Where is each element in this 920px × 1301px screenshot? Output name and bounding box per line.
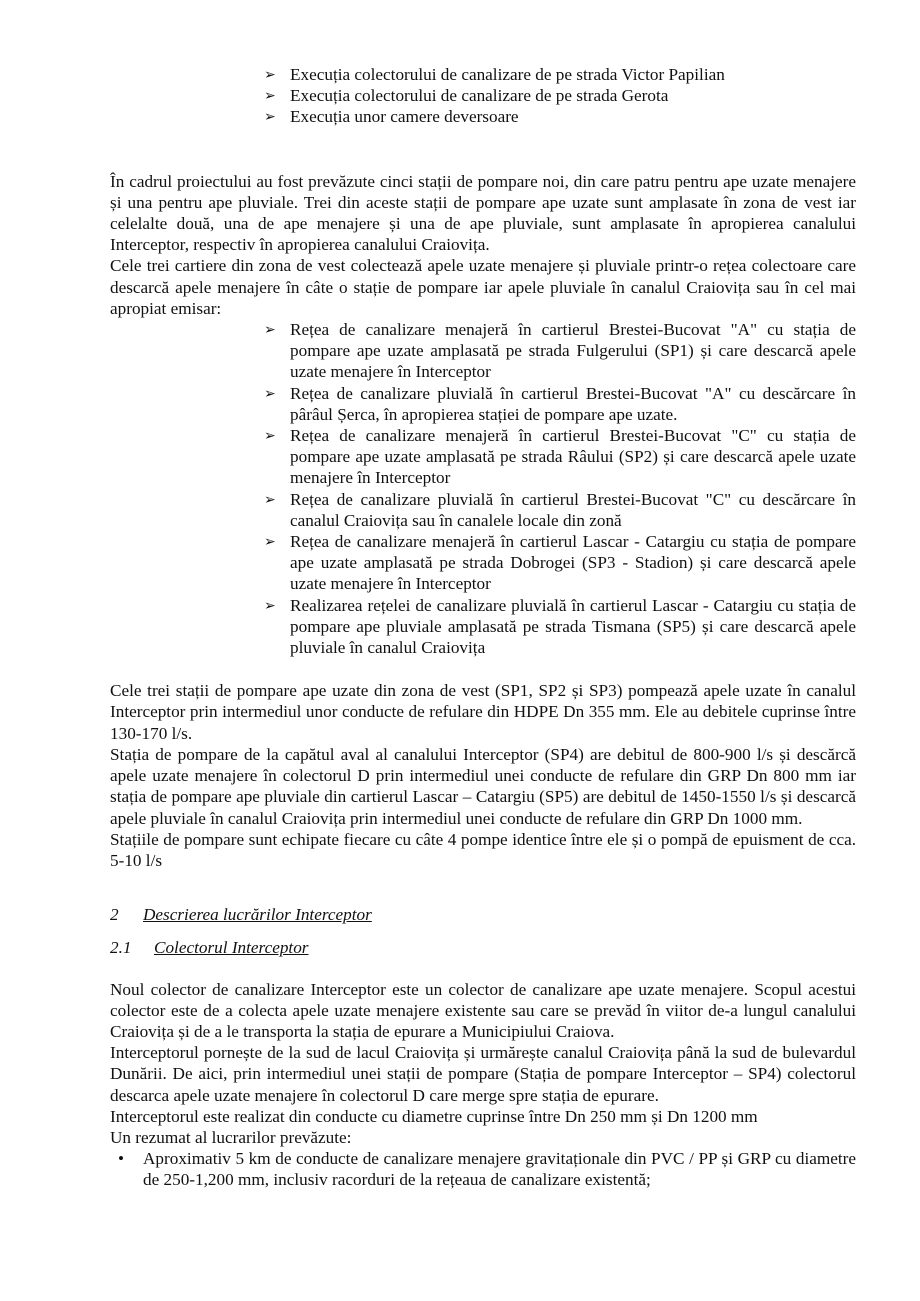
list-item: ➢Execuția unor camere deversoare: [110, 106, 856, 127]
dot-bullet-icon: •: [118, 1148, 124, 1169]
arrow-bullet-icon: ➢: [264, 86, 276, 107]
paragraph-sp4-sp5: Stația de pompare de la capătul aval al …: [110, 744, 856, 829]
list-item: ➢Realizarea rețelei de canalizare pluvia…: [110, 595, 856, 659]
arrow-bullet-icon: ➢: [264, 490, 276, 511]
list-item: ➢Execuția colectorului de canalizare de …: [110, 64, 856, 85]
arrow-bullet-icon: ➢: [264, 384, 276, 405]
section-heading-2: 2Descrierea lucrărilor Interceptor: [110, 904, 856, 925]
paragraph-diameters: Interceptorul este realizat din conducte…: [110, 1106, 856, 1127]
works-summary-list: •Aproximativ 5 km de conducte de canaliz…: [110, 1148, 856, 1190]
paragraph-interceptor-route: Interceptorul pornește de la sud de lacu…: [110, 1042, 856, 1106]
list-item: ➢Rețea de canalizare pluvială în cartier…: [110, 489, 856, 531]
list-item: ➢Rețea de canalizare menajeră în cartier…: [110, 531, 856, 595]
arrow-bullet-icon: ➢: [264, 596, 276, 617]
arrow-bullet-icon: ➢: [264, 65, 276, 86]
arrow-bullet-icon: ➢: [264, 320, 276, 341]
works-execution-list: ➢Execuția colectorului de canalizare de …: [110, 64, 856, 128]
document-page: ➢Execuția colectorului de canalizare de …: [110, 64, 856, 1191]
list-item: ➢Rețea de canalizare menajeră în cartier…: [110, 319, 856, 383]
paragraph-pumping-stations: În cadrul proiectului au fost prevăzute …: [110, 171, 856, 256]
paragraph-pumps: Stațiile de pompare sunt echipate fiecar…: [110, 829, 856, 871]
list-item: ➢Execuția colectorului de canalizare de …: [110, 85, 856, 106]
section-heading-2-1: 2.1Colectorul Interceptor: [110, 937, 856, 958]
network-list: ➢Rețea de canalizare menajeră în cartier…: [110, 319, 856, 658]
arrow-bullet-icon: ➢: [264, 426, 276, 447]
paragraph-new-collector: Noul colector de canalizare Interceptor …: [110, 979, 856, 1043]
list-item: ➢Rețea de canalizare menajeră în cartier…: [110, 425, 856, 489]
paragraph-west-districts: Cele trei cartiere din zona de vest cole…: [110, 255, 856, 319]
paragraph-summary-intro: Un rezumat al lucrarilor prevăzute:: [110, 1127, 856, 1148]
list-item: ➢Rețea de canalizare pluvială în cartier…: [110, 383, 856, 425]
paragraph-west-stations: Cele trei stații de pompare ape uzate di…: [110, 680, 856, 744]
arrow-bullet-icon: ➢: [264, 532, 276, 553]
arrow-bullet-icon: ➢: [264, 107, 276, 128]
list-item: •Aproximativ 5 km de conducte de canaliz…: [110, 1148, 856, 1190]
